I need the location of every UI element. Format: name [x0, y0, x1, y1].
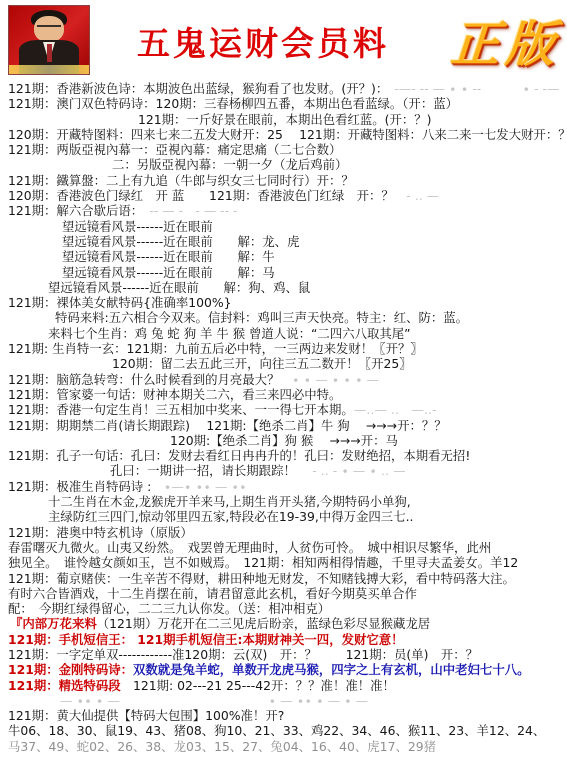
text-segment: 牛06、18、30、鼠19、43、猪08、狗10、21、33、鸡22、34、46… [8, 723, 545, 738]
text-segment: - ‥ - ∙ — ∙ ‥ — [296, 463, 406, 478]
text-line: 独见全。 谁怜越女颜如玉，岂不如贼焉。 121期：相知两相得情趣，千里寻夫孟姜女… [0, 555, 567, 570]
text-segment: -- — - - — -- - [137, 203, 238, 218]
text-line: 特码来料:五六相合今双来。信封料：鸡叫三声天快亮。特主：红、防：蓝。 [0, 310, 567, 325]
text-segment: 望远镜看风景------近在眼前 [62, 219, 213, 234]
text-line: 121期：葡京赌侠：一生辛苦不得财，耕田种地无财发，不知赌钱搏大彩，看中特码落大… [0, 571, 567, 586]
text-segment: 孔曰：一期讲一招，请长期跟踪！ [110, 463, 296, 478]
text-segment: ∙ ∙ — ∙ ∙ ∙ — [279, 372, 379, 387]
text-line: 121期：极准生肖特码诗 : ∙—∙ ∙∙ — ∙∙ [0, 479, 567, 494]
text-segment: 120期：留二去五此三开，向往三五二数开！〖开25〗 [112, 356, 412, 371]
text-segment: 来料七个生肖：鸡 兔 蛇 狗 羊 牛 猴 曾道人说：“二四六八取其尾” [48, 326, 411, 341]
text-line: 配： 今期红绿得留心，二二三九认你发。（送：相冲相克） [0, 601, 567, 616]
text-line: 牛06、18、30、鼠19、43、猪08、狗10、21、33、鸡22、34、46… [0, 723, 567, 738]
text-segment: 独见全。 谁怜越女颜如玉，岂不如贼焉。 121期：相知两相得情趣，千里寻夫孟姜女… [8, 555, 518, 570]
text-segment: 121期：澳门双色特码诗：120期：三春杨柳四五番，本期出色看蓝绿。（开：蓝） [8, 96, 458, 111]
text-line: 121期: 生肖特一玄：121期：九前五后必中特，一三两边来发财！〖开？〗 [0, 341, 567, 356]
text-line: 望远镜看风景------近在眼前 解：马 [0, 265, 567, 280]
text-line: 121期：解六合歇后语： -- — - - — -- - [0, 203, 567, 218]
text-line: 马37、49、蛇02、26、38、龙03、15、27、兔04、16、40、虎17… [0, 739, 567, 754]
text-segment: 121期：葡京赌侠：一生辛苦不得财，耕田种地无财发，不知赌钱搏大彩，看中特码落大… [8, 571, 515, 586]
text-segment: 双数就是兔羊蛇，单数开龙虎马猴，四字之上有玄机，山中老妇七十八。 [133, 662, 530, 677]
text-segment: 马37、49、蛇02、26、38、龙03、15、27、兔04、16、40、虎17… [8, 739, 436, 754]
text-line: 121期：澳门双色特码诗：120期：三春杨柳四五番，本期出色看蓝绿。（开：蓝） [0, 96, 567, 111]
portrait-glasses [37, 25, 61, 32]
text-line: 有时六合皆酒戏，十二生肖摆在前，请君留意此玄机，看好今期莫买单合作 [0, 586, 567, 601]
lines: 121期：香港新波色诗：本期波色出蓝绿，猴狗看了也发财。(开？)： -—- --… [0, 81, 567, 754]
text-segment: 121期：管家婆一句话：财神本期关二六，看三来四必中特。 [8, 387, 341, 402]
header: 五鬼运财会员料 正版 [0, 0, 567, 80]
text-segment: 121期：金刚特码诗： [8, 662, 133, 677]
text-segment: 120期:【绝杀二肖】狗 猴 →→→开：马 [170, 433, 398, 448]
text-segment: 121期：极准生肖特码诗 : [8, 479, 151, 494]
text-line: 望远镜看风景------近在眼前 解：龙、虎 [0, 234, 567, 249]
text-segment: 主绿防红三四门,惊动邻里四五家,特段必在19-39,中得万金四三七.. [48, 509, 413, 524]
text-line: 望远镜看风景------近在眼前 [0, 219, 567, 234]
text-line: 孔曰：一期讲一招，请长期跟踪！ - ‥ - ∙ — ∙ ‥ — [0, 463, 567, 478]
text-segment: 121期：两版亞視內幕一：亞視內幕：痛定思痛（二七合数） [8, 142, 341, 157]
text-line: 121期：两版亞視內幕一：亞視內幕：痛定思痛（二七合数） [0, 142, 567, 157]
text-line: 望远镜看风景------近在眼前 解：狗、鸡、鼠 [0, 280, 567, 295]
page-title: 五鬼运财会员料 [118, 18, 408, 65]
text-line: 121期：香港新波色诗：本期波色出蓝绿，猴狗看了也发财。(开？)： -—- --… [0, 81, 567, 96]
text-line: 来料七个生肖：鸡 兔 蛇 狗 羊 牛 猴 曾道人说：“二四六八取其尾” [0, 326, 567, 341]
text-line: 春雷曙灭九微火。山夷又纷然。 戏罢曾无理曲时，人贫伤可怜。 城中相识尽繁华，此州 [0, 540, 567, 555]
text-line: 120期:【绝杀二肖】狗 猴 →→→开：马 [0, 433, 567, 448]
text-segment: 121期：裸体美女献特码{准确率100%} [8, 295, 232, 310]
text-segment: ∙—∙ ∙∙ — ∙∙ [151, 479, 247, 494]
text-segment: 特码来料:五六相合今双来。信封料：鸡叫三声天快亮。特主：红、防：蓝。 [55, 310, 468, 325]
text-line: 121期：一斤好景在眼前，本期出色看红蓝。(开：？) [0, 112, 567, 127]
text-segment: 121期：黄大仙提供【特码大包围】100%准！开? [8, 708, 284, 723]
text-line: 121期：鐵算盤：二上有九追（牛郎与织女三七同时行）开：？ [0, 173, 567, 188]
text-segment: 望远镜看风景------近在眼前 解：马 [62, 265, 275, 280]
text-segment: 120期：香港波色门绿红 开 蓝 121期：香港波色门红绿 开：？ [8, 188, 394, 203]
text-segment: 望远镜看风景------近在眼前 解：牛 [62, 249, 275, 264]
portrait-caption-strip [9, 65, 89, 74]
text-segment: 望远镜看风景------近在眼前 解：狗、鸡、鼠 [48, 280, 310, 295]
text-segment: 121期：精选特码段 [8, 678, 121, 693]
text-line: 121期：管家婆一句话：财神本期关二六，看三来四必中特。 [0, 387, 567, 402]
tip-sheet-page: 五鬼运财会员料 正版 121期：香港新波色诗：本期波色出蓝绿，猴狗看了也发财。(… [0, 0, 567, 759]
text-segment: 121期：手机短信王： 121期手机短信王:本期财神关一四，发财它意！ [8, 632, 404, 647]
text-segment: 121期：鐵算盤：二上有九追（牛郎与织女三七同时行）开：？ [8, 173, 354, 188]
text-segment: —‥— ‥ —‥- [354, 402, 437, 417]
text-line: 121期：香港一句定生肖！三五相加中奖来、一一得七开本期。—‥— ‥ —‥- [0, 402, 567, 417]
text-segment: 121期: 02---21 25---42开：？？准！准！准！ [121, 678, 395, 693]
text-line: 『内部万花来料（121期）万花开在二三见虎后盼亲，蓝绿色彩尽显猴藏龙居 [0, 616, 567, 631]
text-segment: 春雷曙灭九微火。山夷又纷然。 戏罢曾无理曲时，人贫伤可怜。 城中相识尽繁华，此州 [8, 540, 491, 555]
text-segment: 配： 今期红绿得留心，二二三九认你发。（送：相冲相克） [8, 601, 330, 616]
text-segment: 121期：解六合歇后语： [8, 203, 137, 218]
text-line: 121期：裸体美女献特码{准确率100%} [0, 295, 567, 310]
portrait-photo [8, 5, 90, 75]
portrait-tie [47, 44, 52, 62]
text-segment: - ‥ — [394, 188, 439, 203]
text-line: 121期：脑筋急转弯：什么时候看到的月亮最大？ ∙ ∙ — ∙ ∙ ∙ — [0, 372, 567, 387]
text-segment: 121期：孔子一句话：孔曰：发财去看红日冉冉升的！孔曰：发财绝招，本期看无招! [8, 448, 470, 463]
text-segment: 121期：期期禁二肖(请长期跟踪) 121期:【绝杀二肖】牛 狗 →→→开：？？ [8, 418, 447, 433]
text-segment: 121期：港奥中特玄机诗（原版） [8, 525, 193, 540]
text-segment: -—- -- — ∙ ∙ -- ∙ - -— [382, 81, 559, 96]
text-segment: 121期：一字定单双------------准120期：云(双) 开：？ 121… [8, 647, 478, 662]
text-line: 120期：留二去五此三开，向往三五二数开！〖开25〗 [0, 356, 567, 371]
text-segment: （121期）万花开在二三见虎后盼亲，蓝绿色彩尽显猴藏龙居 [97, 616, 430, 631]
text-segment: 十二生肖在木金,龙猴虎开羊来马,上期生肖开头猪,今期特码小单狗, [48, 494, 411, 509]
text-segment: 121期: 生肖特一玄：121期：九前五后必中特，一三两边来发财！〖开？〗 [8, 341, 423, 356]
text-segment: 望远镜看风景------近在眼前 解：龙、虎 [62, 234, 299, 249]
text-segment: 有时六合皆酒戏，十二生肖摆在前，请君留意此玄机，看好今期莫买单合作 [8, 586, 417, 601]
text-segment: 二：另版亞視內幕：一朝一夕（龙后鸡前） [112, 157, 347, 172]
text-segment: 121期：脑筋急转弯：什么时候看到的月亮最大？ [8, 372, 279, 387]
text-line: 121期：金刚特码诗：双数就是兔羊蛇，单数开龙虎马猴，四字之上有玄机，山中老妇七… [0, 662, 567, 677]
text-segment: 『内部万花来料 [10, 616, 97, 631]
text-line: 十二生肖在木金,龙猴虎开羊来马,上期生肖开头猪,今期特码小单狗, [0, 494, 567, 509]
text-line: 121期：港奥中特玄机诗（原版） [0, 525, 567, 540]
text-line: 121期：黄大仙提供【特码大包围】100%准！开? [0, 708, 567, 723]
text-line: 望远镜看风景------近在眼前 解：牛 [0, 249, 567, 264]
genuine-edition-stamp: 正版 [449, 6, 564, 76]
text-segment: — ∙∙ ∙ — ∙ — ∙∙ ∙ — ∙ — [60, 693, 368, 708]
text-line: 主绿防红三四门,惊动邻里四五家,特段必在19-39,中得万金四三七.. [0, 509, 567, 524]
text-segment: 121期：一斤好景在眼前，本期出色看红蓝。(开：？) [138, 112, 432, 127]
text-segment: 121期：香港一句定生肖！三五相加中奖来、一一得七开本期。 [8, 402, 354, 417]
text-line: 二：另版亞視內幕：一朝一夕（龙后鸡前） [0, 157, 567, 172]
text-line: 120期：开藏特图料：四来七来二五发大财开：25 121期：开藏特图料：八来二来… [0, 127, 567, 142]
text-line: 121期：手机短信王： 121期手机短信王:本期财神关一四，发财它意！ [0, 632, 567, 647]
text-line: 121期：一字定单双------------准120期：云(双) 开：？ 121… [0, 647, 567, 662]
text-line: — ∙∙ ∙ — ∙ — ∙∙ ∙ — ∙ — [0, 693, 567, 708]
text-line: 121期：精选特码段 121期: 02---21 25---42开：？？准！准！… [0, 678, 567, 693]
text-segment: 121期：香港新波色诗：本期波色出蓝绿，猴狗看了也发财。(开？)： [8, 81, 382, 96]
text-segment: 120期：开藏特图料：四来七来二五发大财开：25 121期：开藏特图料：八来二来… [8, 127, 567, 142]
text-line: 121期：期期禁二肖(请长期跟踪) 121期:【绝杀二肖】牛 狗 →→→开：？？ [0, 418, 567, 433]
text-line: 120期：香港波色门绿红 开 蓝 121期：香港波色门红绿 开：？ - ‥ — [0, 188, 567, 203]
text-line: 121期：孔子一句话：孔曰：发财去看红日冉冉升的！孔曰：发财绝招，本期看无招! [0, 448, 567, 463]
